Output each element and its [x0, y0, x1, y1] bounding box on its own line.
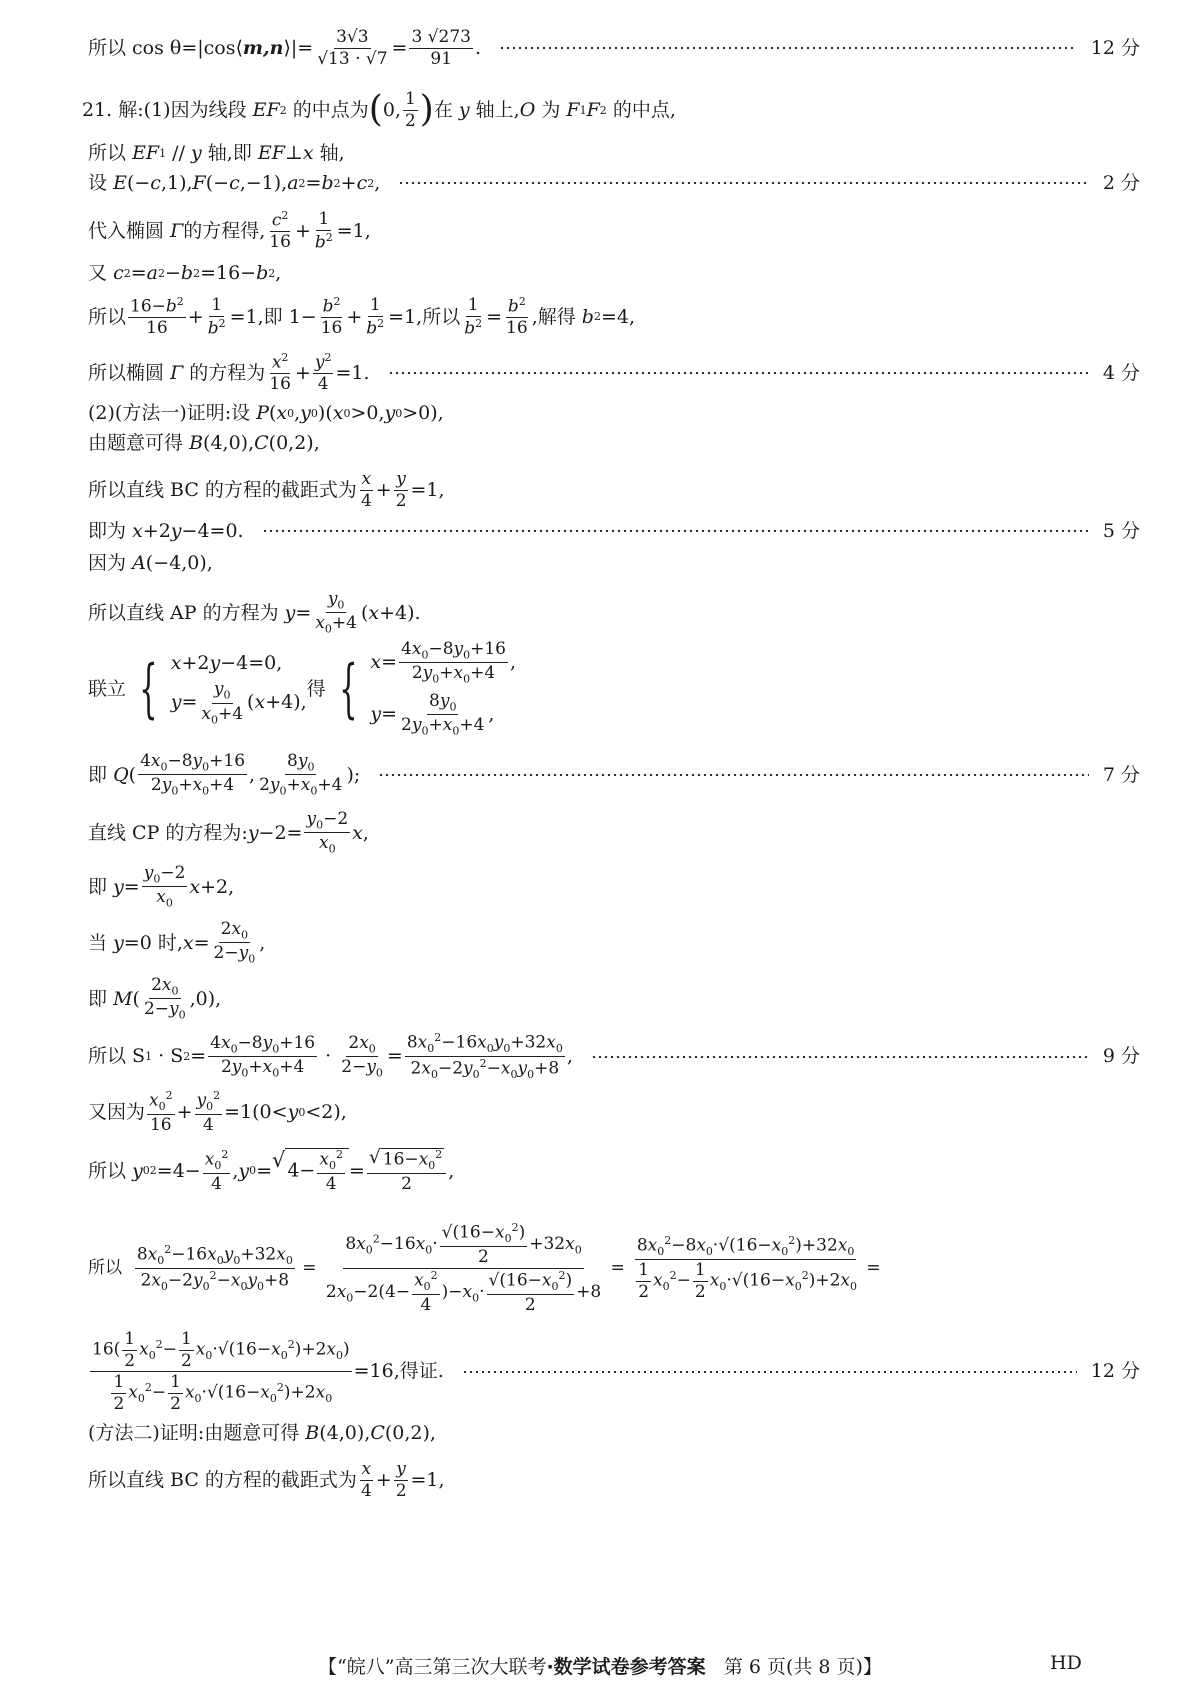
- question-number: 21.: [82, 99, 112, 122]
- text: 所以直线 AP 的方程为: [88, 602, 279, 625]
- text: 的方程为: [189, 362, 265, 385]
- bracket: 】: [863, 1656, 882, 1678]
- score-label: 2 分: [1103, 172, 1140, 195]
- text: 由题意可得: [88, 432, 183, 455]
- dot-leader: [591, 1056, 1089, 1058]
- line-cp-eq: 直线 CP 的方程为:y−2=y0−2x0x,: [88, 810, 1140, 856]
- score-label: 12 分: [1091, 37, 1140, 60]
- subject-title: 数学试卷参考答案: [554, 1656, 706, 1678]
- score-label: 9 分: [1103, 1045, 1140, 1068]
- text: 即: [88, 988, 107, 1011]
- separator: ·: [546, 1656, 553, 1678]
- solution-system: x=4x0−8y0+162y0+x0+4, y=8y02y0+x0+4,: [370, 640, 516, 738]
- text: 时,: [158, 932, 183, 955]
- dot-leader: [398, 182, 1089, 184]
- dot-leader: [388, 372, 1089, 374]
- text: 的中点为: [293, 99, 369, 122]
- text: 当: [88, 932, 107, 955]
- formula-cos-theta: 所以 cos θ=|cos⟨m,n⟩|= 3√3√13 · √7=3 √2739…: [88, 28, 481, 68]
- text: ⟩|=: [283, 37, 313, 60]
- text: 轴上,: [476, 99, 520, 122]
- text: 所以: [88, 1258, 122, 1278]
- text: 联立: [88, 678, 126, 701]
- text: 的中点,: [613, 99, 676, 122]
- line-b-c-points: 由题意可得 B(4,0),C(0,2),: [88, 432, 1140, 455]
- line-y0-expr: 所以 y02=4−x024,y0=√4−x024=√16−x022,: [88, 1148, 1140, 1194]
- line-s1-s2: 所以 S1 · S2=4x0−8y0+162y0+x0+4 · 2x02−y0=…: [88, 1032, 1140, 1081]
- text: ,解得: [532, 306, 576, 329]
- text: 代入椭圆: [88, 220, 164, 243]
- text: 所以: [88, 1160, 126, 1183]
- score-label: 5 分: [1103, 520, 1140, 543]
- score-label: 7 分: [1103, 764, 1140, 787]
- line-ef-parallel: 所以 EF1 // y 轴,即 EF⊥x 轴,: [88, 142, 1140, 165]
- text: 所以: [88, 1045, 126, 1068]
- equation-system: x+2y−4=0, y=y0x0+4(x+4),: [171, 652, 307, 727]
- dot-leader: [262, 530, 1089, 532]
- text: 得: [307, 678, 326, 701]
- text: 因为: [88, 552, 126, 575]
- page-footer: 【“皖八”高三第三次大联考·数学试卷参考答案 第 6 页(共 8 页)】: [0, 1652, 1200, 1679]
- line-set-e-f: 设 E(−c,1),F(−c,−1),a2=b2+c2, 2 分: [88, 172, 1140, 195]
- dot-leader: [378, 774, 1089, 776]
- line-cos-theta: 所以 cos θ=|cos⟨m,n⟩|= 3√3√13 · √7=3 √2739…: [88, 28, 1140, 68]
- text: (方法二)证明:由题意可得: [88, 1422, 299, 1445]
- text: 所以 cos θ=|cos⟨: [88, 37, 243, 60]
- line-big-simplification: 所以 8x02−16x0y0+32x02x0−2y02−x0y0+8 = 8x0…: [88, 1222, 1140, 1315]
- line-c-squared: 又 c2=a2−b2=16−b2,: [88, 262, 1140, 285]
- line-method1: (2)(方法一)证明:设 P(x0,y0)(x0>0,y0>0),: [88, 402, 1140, 425]
- text: 解:(1)因为线段: [118, 99, 246, 122]
- line-method2: (方法二)证明:由题意可得 B(4,0),C(0,2),: [88, 1422, 1140, 1445]
- footer-code: HD: [1050, 1652, 1082, 1674]
- fraction: 3 √27391: [409, 28, 473, 68]
- fraction: 3√3√13 · √7: [315, 28, 389, 68]
- line-point-q: 即 Q(4x0−8y0+162y0+x0+4,8y02y0+x0+4); 7 分: [88, 752, 1140, 798]
- line-point-m: 即 M(2x02−y0,0),: [88, 976, 1140, 1022]
- text: =16,得证.: [354, 1360, 444, 1383]
- text: 又因为: [88, 1101, 145, 1124]
- text: 在: [434, 99, 453, 122]
- answer-key-page: 所以 cos θ=|cos⟨m,n⟩|= 3√3√13 · √7=3 √2739…: [0, 0, 1200, 1706]
- line-y-zero: 当 y=0 时,x=2x02−y0,: [88, 920, 1140, 966]
- text: 的方程得,: [183, 220, 265, 243]
- text: 直线 CP 的方程为:: [88, 822, 248, 845]
- line-system: 联立{ x+2y−4=0, y=y0x0+4(x+4), 得{ x=4x0−8y…: [88, 640, 1140, 738]
- text: 即: [88, 764, 107, 787]
- text: 轴,即: [208, 142, 252, 165]
- exam-name: “皖八”高三第三次大联考: [337, 1656, 546, 1678]
- page-number: 第 6 页(共 8 页): [724, 1656, 863, 1678]
- text: 所以: [88, 306, 126, 329]
- line-point-a: 因为 A(−4,0),: [88, 552, 1140, 575]
- text: 即: [88, 876, 107, 899]
- line-ellipse-eq: 所以椭圆 Γ 的方程为x216+y24=1. 4 分: [88, 352, 1140, 394]
- text: 为: [541, 99, 560, 122]
- text: 所以直线 BC 的方程的截距式为: [88, 1469, 357, 1492]
- text: ,即 1−: [258, 306, 317, 329]
- text: =1,所以: [388, 306, 460, 329]
- line-bc-intercept: 所以直线 BC 的方程的截距式为x4+y2=1,: [88, 470, 1140, 510]
- line-conclusion: 16(12x02−12x0·√(16−x02)+2x0)12x02−12x0·√…: [88, 1330, 1140, 1414]
- line-substitute: 代入椭圆 Γ的方程得,c216+1b2=1,: [88, 210, 1140, 252]
- line-solve-b: 所以16−b216+1b2=1,即 1−b216+1b2=1,所以1b2=b21…: [88, 296, 1140, 338]
- text: 即为: [88, 520, 126, 543]
- line-cp-slope: 即 y=y0−2x0x+2,: [88, 864, 1140, 910]
- text: 设: [88, 172, 107, 195]
- dot-leader: [499, 47, 1077, 49]
- line-ap-eq: 所以直线 AP 的方程为 y=y0x0+4(x+4).: [88, 590, 1140, 636]
- text: 所以椭圆: [88, 362, 164, 385]
- score-label: 4 分: [1103, 362, 1140, 385]
- text: (2)(方法一)证明:设: [88, 402, 250, 425]
- text: 所以直线 BC 的方程的截距式为: [88, 479, 357, 502]
- line-bc-intercept-2: 所以直线 BC 的方程的截距式为x4+y2=1,: [88, 1460, 1140, 1500]
- line-ellipse-constraint: 又因为x0216+y024=1(0<y0<2),: [88, 1090, 1140, 1135]
- question-21-heading: 21. 解:(1)因为线段 EF2 的中点为(0,12)在 y 轴上,O 为 F…: [82, 90, 1140, 130]
- bracket: 【: [318, 1656, 337, 1678]
- vector-mn: m,n: [243, 37, 284, 60]
- text: 又: [88, 262, 107, 285]
- score-label: 12 分: [1091, 1360, 1140, 1383]
- text: 所以: [88, 142, 126, 165]
- text: 轴,: [320, 142, 345, 165]
- dot-leader: [462, 1371, 1077, 1373]
- line-bc-general: 即为 x+2y−4=0. 5 分: [88, 520, 1140, 543]
